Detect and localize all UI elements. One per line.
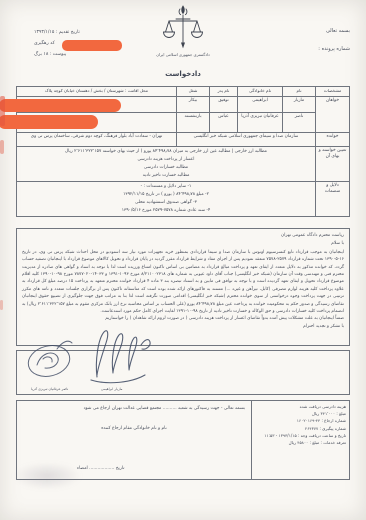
claim-line: اعسار از پرداخت هزینه دادرسی <box>19 156 313 164</box>
plaintiff-label: خواهان <box>316 96 350 132</box>
plaintiff2-name: ناصر <box>283 112 316 132</box>
plaintiff-row-2: ناصر عرفانیان تبریزی آذریا عباس بازنشسته <box>17 112 350 132</box>
tracking-code-redaction <box>62 40 122 51</box>
referral-date-signature: تاریخ .................. امضاء <box>77 466 124 471</box>
case-number-label: شماره پرونده : <box>288 45 350 53</box>
col-job: شغل <box>177 87 210 97</box>
scan-edge-red-mark <box>0 140 4 154</box>
party-table: مشخصات نام نام خانوادگی نام پدر شغل محل … <box>16 86 350 217</box>
evidence-content: ۱- سایر دلایل و مستندات : - ۲- مبلغ ۸۴٬۴… <box>17 181 316 216</box>
plaintiff2-job: بازنشسته <box>177 112 210 132</box>
petition-text: اینجانبان به موجب قرارداد تابع کنسرسیوم … <box>22 249 344 316</box>
table-header-row: مشخصات نام نام خانوادگی نام پدر شغل محل … <box>17 87 350 97</box>
bismillah-text: بسمه تعالی <box>288 27 350 35</box>
judiciary-org-name: دادگستری جمهوری اسلامی ایران <box>128 52 238 57</box>
header-left-block: تاریخ تقدیم : ۱۳۹۳/۱/۱۵ کد رهگیری پیوست … <box>34 29 130 62</box>
attachments-count: پیوست : ۱۸ برگ <box>34 51 130 62</box>
claim-line: مطالبه ارز خارجی | مطالبه عین ارز خارجی … <box>19 148 313 156</box>
claim-line: مطالبه خسارت تاخیر تادیه <box>19 172 313 180</box>
document-title: دادخواست <box>0 70 366 78</box>
handwritten-signature-left <box>23 337 81 383</box>
plaintiff1-residence <box>17 96 177 112</box>
salutation: ریاست محترم دادگاه عمومی تهران <box>22 232 344 239</box>
greeting: با سلام <box>22 240 344 247</box>
plaintiff1-family: ابراهیمی <box>238 96 283 112</box>
claim-row: تعیین خواسته و بهای آن مطالبه ارز خارجی … <box>17 146 350 181</box>
emblem-block: دادگستری جمهوری اسلامی ایران <box>128 5 238 57</box>
plaintiff1-father: توفیق <box>210 96 238 112</box>
evidence-item: ۳- گواهی صندوق استشهادیه محلی <box>19 199 313 207</box>
fee-line: تعرفه خدمات : مبلغ : ۴۵۸۰۰ ریال <box>255 439 346 446</box>
signatures: مازیار ابراهیمی ناصر عرفانیان تبریزی آذر… <box>23 325 173 395</box>
col-spec: مشخصات <box>316 87 350 97</box>
signatory-name: ناصر عرفانیان تبریزی آذریا <box>31 387 68 391</box>
evidence-item: ۱- سایر دلایل و مستندات : - <box>19 183 313 191</box>
plaintiff-row-1: خواهان مازیار ابراهیمی توفیق بیکار <box>17 96 350 112</box>
tracking-code-label: کد رهگیری <box>34 41 55 46</box>
fee-line: شماره پیگیری : ۲۶۴۳۷۷ <box>255 425 346 432</box>
plaintiff1-name: مازیار <box>283 96 316 112</box>
signatory-name: مازیار ابراهیمی <box>101 387 122 391</box>
court-fee-section: هزینه دادرسی دریافت شده مبلغ : ۳۴۱٬۰۰۰ ر… <box>251 401 349 479</box>
defendant-name: سازمان صدا و سیمای جمهوری اسلامی شبکه خب… <box>177 132 316 146</box>
fee-title: هزینه دادرسی دریافت شده <box>255 403 346 410</box>
evidence-row: دلایل و منضمات ۱- سایر دلایل و مستندات :… <box>17 181 350 216</box>
col-residence: محل اقامت : شهرستان / بخش / دهستان خیابا… <box>17 87 177 97</box>
justice-scales-icon <box>163 5 203 51</box>
fee-line: تاریخ و ساعت دریافت وجه : ۱۳۹۳/۱/۱۵ - ۱۱… <box>255 432 346 439</box>
col-family: نام خانوادگی <box>238 87 283 97</box>
defendant-row: خوانده سازمان صدا و سیمای جمهوری اسلامی … <box>17 132 350 146</box>
signature-box: مازیار ابراهیمی ناصر عرفانیان تبریزی آذر… <box>16 350 350 395</box>
defendant-label: خوانده <box>316 132 350 146</box>
fee-line: شماره ارجاع : ۴۴-۱۶۰۲۰۱۶۹ <box>255 417 346 424</box>
petition-document: بسمه تعالی شماره پرونده : دادگستری جمهور… <box>0 0 366 520</box>
plaintiff2-father: عباس <box>210 112 238 132</box>
defendant-residence: تهران - سعادت آباد بلوار فرهنگ، کوچه دوم… <box>17 132 177 146</box>
claim-label: تعیین خواسته و بهای آن <box>316 146 350 181</box>
fee-line: مبلغ : ۳۴۱٬۰۰۰ ریال <box>255 410 346 417</box>
evidence-item: ۲- مبلغ ۸۴٬۴۹۸٫۷۸ ( یورو ) در تاریخ ۱۳۹۲… <box>19 191 313 199</box>
evidence-label: دلایل و منضمات <box>316 181 350 216</box>
scan-edge-red-mark <box>0 300 3 310</box>
scan-smudge <box>12 462 82 490</box>
plaintiff2-family: عرفانیان تبریزی آذریا <box>238 112 283 132</box>
plaintiff2-residence <box>17 112 177 132</box>
evidence-item: ۴- سند عادی شماره ۷۵۷۸-۲۵۷۹ مورخ ۱۳۹۰/۵/… <box>19 207 313 215</box>
claim-content: مطالبه ارز خارجی | مطالبه عین ارز خارجی … <box>17 146 316 181</box>
referral-name-label: نام و نام خانوادگی مقام ارجاع کننده <box>23 426 245 431</box>
tracking-code-row: کد رهگیری <box>34 40 130 51</box>
plaintiff1-job: بیکار <box>177 96 210 112</box>
submit-date: تاریخ تقدیم : ۱۳۹۳/۱/۱۵ <box>34 29 130 40</box>
address-redaction <box>0 115 98 129</box>
handwritten-signature-right <box>83 325 163 385</box>
header-right-block: بسمه تعالی شماره پرونده : <box>288 27 350 53</box>
claim-line: مطالبه خسارات دادرسی <box>19 164 313 172</box>
petition-postscript: ضمناً اینجانبان به علت مشکلات پیش آمده ب… <box>22 315 344 322</box>
address-redaction <box>0 99 121 112</box>
col-name: نام <box>283 87 316 97</box>
col-father: نام پدر <box>210 87 238 97</box>
scan-edge-red-mark <box>0 96 5 126</box>
referral-line: بسمه تعالی - جهت رسیدگی به شعبه ........… <box>23 405 245 412</box>
